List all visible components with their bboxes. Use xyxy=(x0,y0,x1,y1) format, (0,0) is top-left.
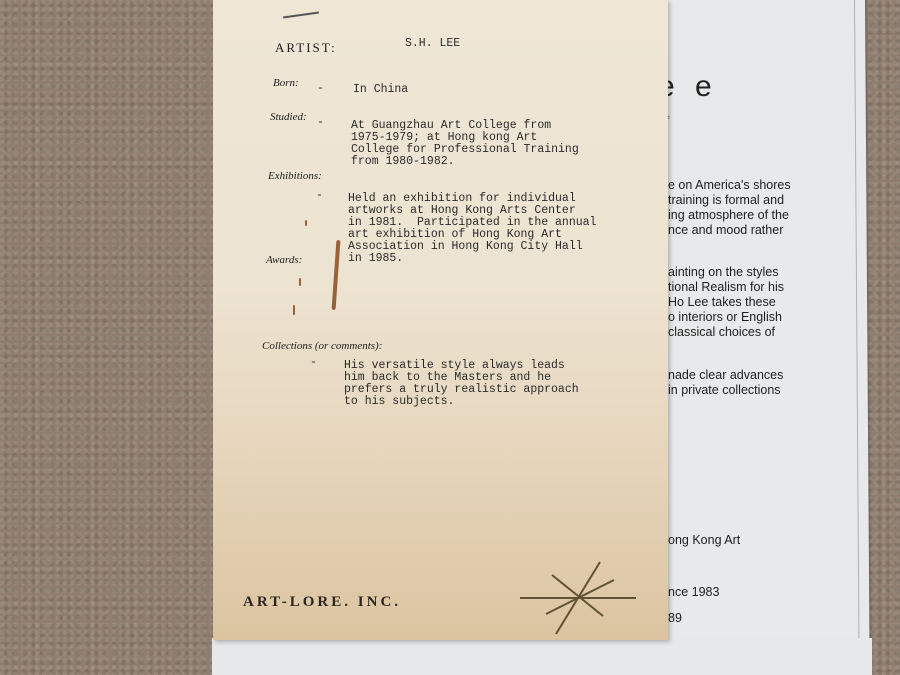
brochure-text: ainting on the styles xyxy=(668,265,779,279)
carpet-background xyxy=(0,0,215,675)
stain-mark xyxy=(293,305,295,315)
dash: - xyxy=(317,82,324,95)
artist-label: ARTIST: xyxy=(275,40,337,56)
brand-name: ART-LORE. INC. xyxy=(243,594,401,611)
dash: - xyxy=(316,189,323,202)
brochure-text: classical choices of xyxy=(668,325,775,339)
brochure-text: ing atmosphere of the xyxy=(668,208,789,222)
brochure-text: nce 1983 xyxy=(668,585,719,599)
pen-mark xyxy=(283,12,319,19)
bottom-paper-sheet xyxy=(212,638,872,675)
brochure-text: ong Kong Art xyxy=(668,533,740,547)
born-value: In China xyxy=(353,84,408,96)
brochure-text: 89 xyxy=(668,611,682,625)
stain-mark xyxy=(305,220,307,226)
brochure-text: tional Realism for his xyxy=(668,280,784,294)
collections-line: to his subjects. xyxy=(344,396,454,408)
brochure-text: in private collections xyxy=(668,383,781,397)
awards-label: Awards: xyxy=(266,254,302,266)
starburst-logo-icon xyxy=(518,558,638,638)
exhibitions-line: in 1985. xyxy=(348,253,403,265)
born-label: Born: xyxy=(273,77,299,89)
studied-line: from 1980-1982. xyxy=(351,156,455,168)
brochure-text: e on America's shores xyxy=(668,178,791,192)
brochure-text: o interiors or English xyxy=(668,310,782,324)
brochure-text: nce and mood rather xyxy=(668,223,783,237)
brochure-text: training is formal and xyxy=(668,193,784,207)
collections-label: Collections (or comments): xyxy=(262,340,382,352)
brochure-text: Ho Lee takes these xyxy=(668,295,776,309)
artist-name: S.H. LEE xyxy=(405,38,460,50)
exhibitions-label: Exhibitions: xyxy=(268,170,322,182)
artist-info-card: ARTIST: S.H. LEE Born: - In China Studie… xyxy=(213,0,668,640)
stain-mark xyxy=(299,278,301,286)
stain-mark xyxy=(332,240,341,310)
dash: - xyxy=(317,116,324,129)
brochure-text: nade clear advances xyxy=(668,368,783,382)
dash: - xyxy=(310,356,317,369)
studied-label: Studied: xyxy=(270,111,307,123)
